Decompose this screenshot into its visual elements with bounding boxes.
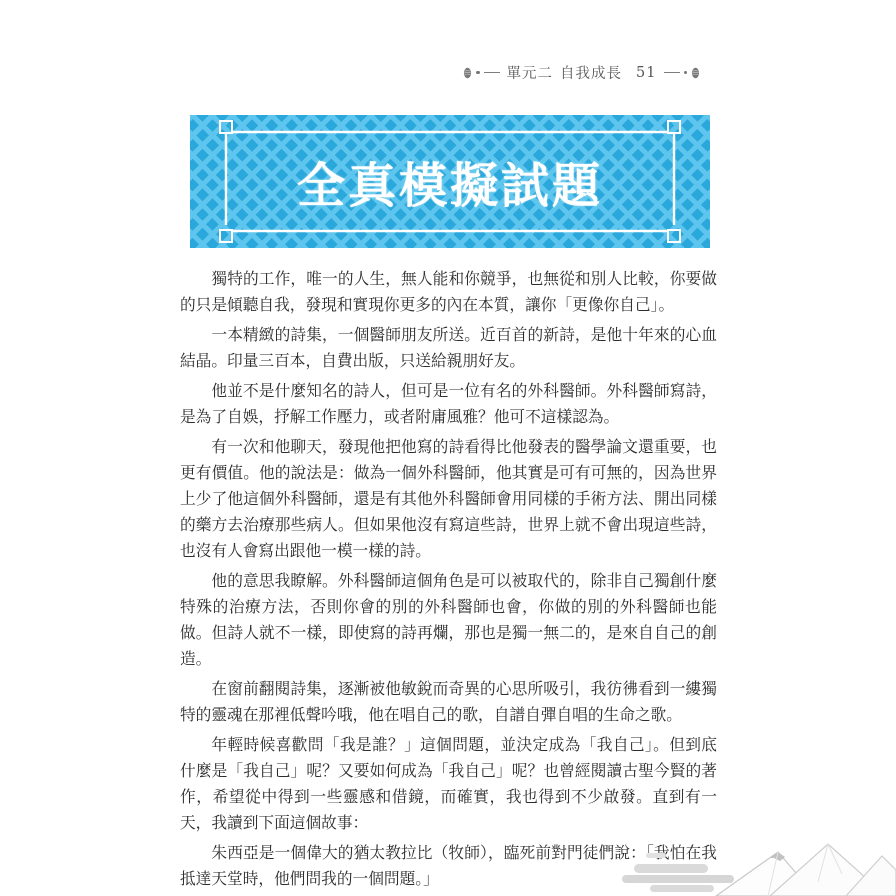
section-label: 自我成長 — [560, 62, 622, 83]
body-text: 獨特的工作，唯一的人生，無人能和你競爭，也無從和別人比較，你要做的只是傾聽自我，… — [180, 266, 717, 896]
leaf-bud-icon — [691, 67, 700, 79]
dash-ornament-icon — [484, 72, 500, 74]
paragraph: 有一次和他聊天，發現他把他寫的詩看得比他發表的醫學論文還重要，也更有價值。他的說… — [180, 434, 717, 564]
mountain-illustration — [620, 840, 896, 896]
dash-ornament-icon — [664, 72, 680, 74]
right-ornament — [664, 67, 701, 79]
paragraph: 他並不是什麼知名的詩人，但可是一位有名的外科醫師。外科醫師寫詩，是為了自娛，抒解… — [180, 378, 717, 430]
paragraph: 年輕時候喜歡問「我是誰？」這個問題，並決定成為「我自己」。但到底什麼是「我自己」… — [180, 732, 717, 836]
exam-banner: 全真模擬試題 — [190, 115, 710, 248]
cloud-icon — [622, 853, 734, 892]
dot-ornament-icon — [476, 71, 480, 75]
dot-ornament-icon — [684, 71, 688, 75]
unit-label: 單元二 — [507, 62, 554, 83]
paragraph: 他的意思我瞭解。外科醫師這個角色是可以被取代的，除非自己獨創什麼特殊的治療方法，… — [180, 568, 717, 672]
running-head: 單元二 自我成長 51 — [463, 62, 700, 83]
paragraph: 一本精緻的詩集，一個醫師朋友所送。近百首的新詩，是他十年來的心血結晶。印量三百本… — [180, 322, 717, 374]
left-ornament — [463, 67, 500, 79]
paragraph: 獨特的工作，唯一的人生，無人能和你競爭，也無從和別人比較，你要做的只是傾聽自我，… — [180, 266, 717, 318]
page-number: 51 — [636, 65, 656, 81]
leaf-bud-icon — [463, 67, 472, 79]
paragraph: 在窗前翻閱詩集，逐漸被他敏銳而奇異的心思所吸引，我彷彿看到一縷獨特的靈魂在那裡低… — [180, 676, 717, 728]
book-page: 單元二 自我成長 51 全真模擬試題 獨特的工作，唯一的人生，無人能和你競爭，也… — [0, 0, 896, 896]
banner-title: 全真模擬試題 — [297, 147, 603, 216]
